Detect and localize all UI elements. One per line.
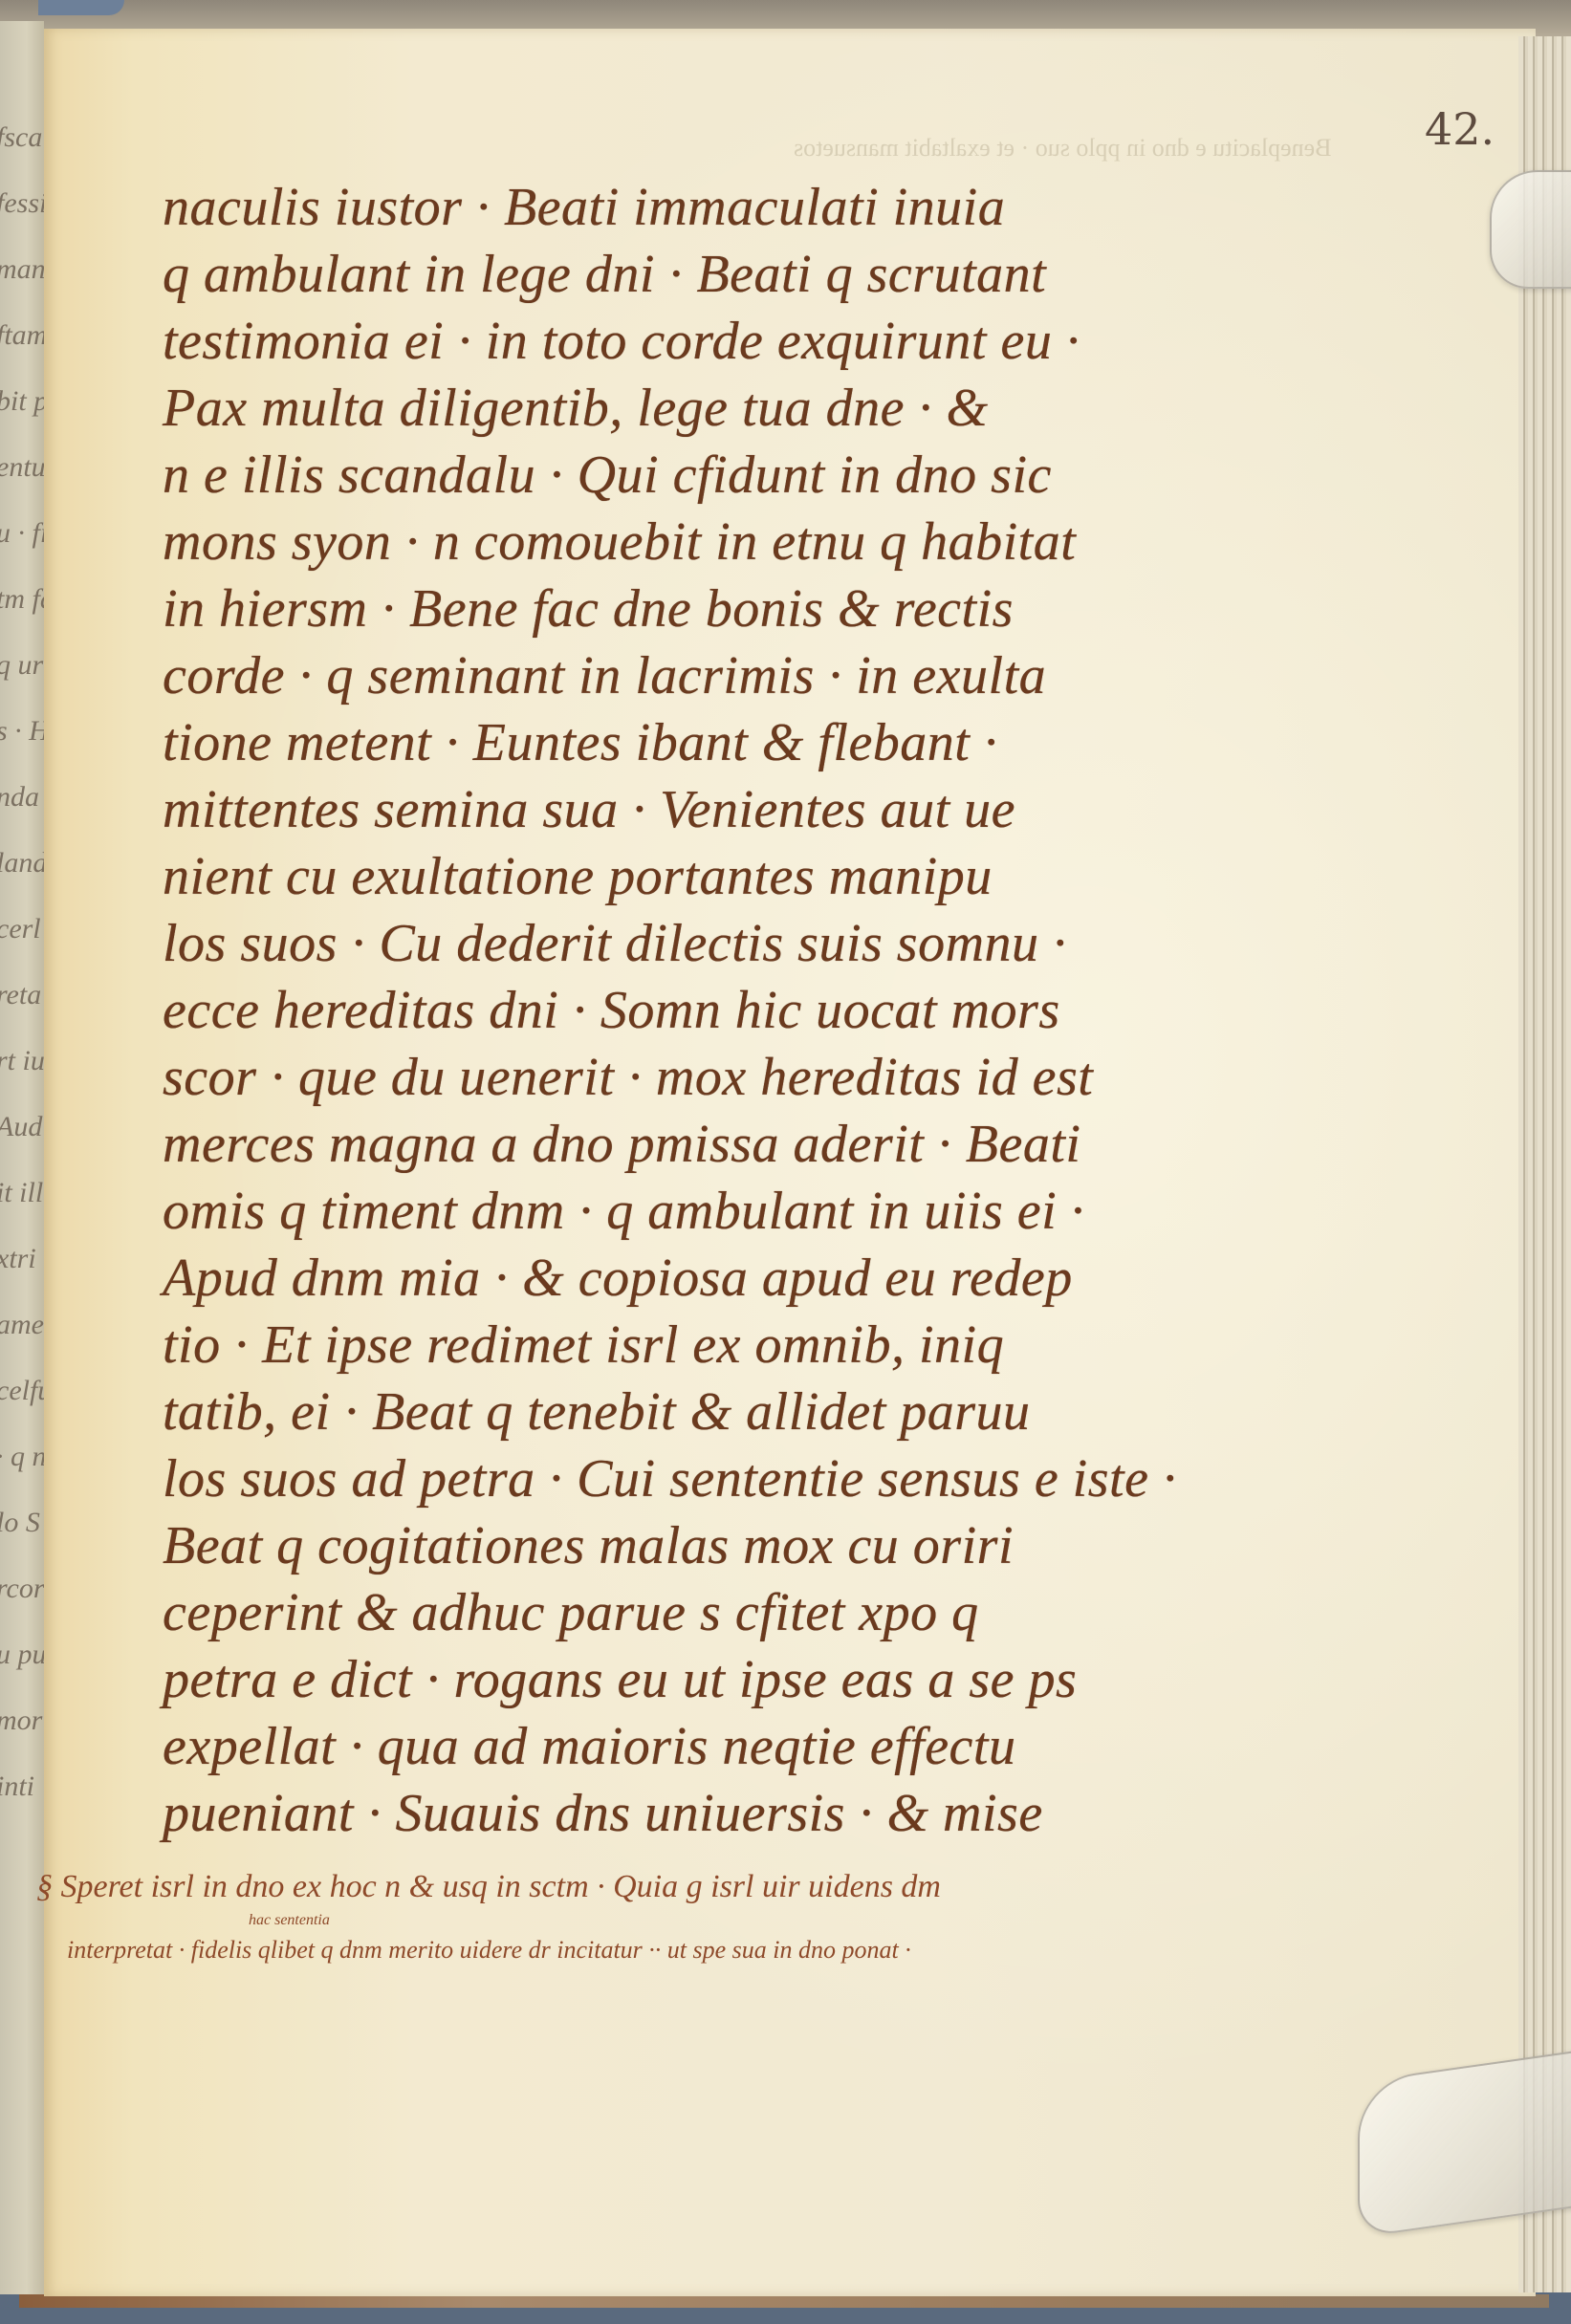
text-line: mons syon · n comouebit in etnu q habita… xyxy=(163,511,1076,573)
facing-page-fragment: xtri xyxy=(0,1243,44,1275)
text-line: expellat · qua ad maioris neqtie effectu xyxy=(163,1716,1015,1777)
facing-page-fragment: tm fa xyxy=(0,583,44,616)
facing-page-fragment: fessio xyxy=(0,187,44,220)
facing-page-fragment: bit pp xyxy=(0,385,44,418)
page-fore-edge xyxy=(1518,36,1571,2292)
text-line: testimonia ei · in toto corde exquirunt … xyxy=(163,311,1080,372)
text-line: in hiersm · Bene fac dne bonis & rectis xyxy=(163,578,1014,640)
text-line: naculis iustor · Beati immaculati inuia xyxy=(163,177,1005,238)
facing-page-fragment: u · fid xyxy=(0,517,44,550)
facing-page-edge: fscafessiomanuftamibit ppentuu · fidtm f… xyxy=(0,21,44,2294)
text-line: n e illis scandalu · Qui cfidunt in dno … xyxy=(163,445,1052,506)
text-line: los suos · Cu dederit dilectis suis somn… xyxy=(163,913,1067,974)
text-line: merces magna a dno pmissa aderit · Beati xyxy=(163,1114,1081,1175)
facing-page-fragment: reta xyxy=(0,979,44,1011)
text-line: scor · que du uenerit · mox hereditas id… xyxy=(163,1047,1093,1108)
facing-page-fragment: Audi xyxy=(0,1111,44,1143)
text-line: tio · Et ipse redimet isrl ex omnib, ini… xyxy=(163,1314,1004,1376)
text-line: nient cu exultatione portantes manipu xyxy=(163,846,993,907)
facing-page-fragment: · q ni xyxy=(0,1441,44,1473)
facing-page-fragment: fsca xyxy=(0,121,44,154)
facing-page-fragment: cerl xyxy=(0,913,44,945)
facing-page-fragment: inti xyxy=(0,1770,44,1803)
text-line: petra e dict · rogans eu ut ipse eas a s… xyxy=(163,1649,1077,1710)
facing-page-fragment: ame xyxy=(0,1309,44,1341)
facing-page-fragment: it illu xyxy=(0,1177,44,1209)
showthrough-text: Beneplacitu e dno in pplo suo · et exalt… xyxy=(794,134,1331,163)
facing-page-fragment: celfu xyxy=(0,1375,44,1407)
text-line: ceperint & adhuc parue s cfitet xpo q xyxy=(163,1582,979,1643)
text-line: corde · q seminant in lacrimis · in exul… xyxy=(163,645,1046,706)
facing-page-fragment: rcort xyxy=(0,1573,44,1605)
text-line: q ambulant in lege dni · Beati q scrutan… xyxy=(163,244,1046,305)
book-bottom-edge xyxy=(19,2294,1549,2308)
facing-page-fragment: mor xyxy=(0,1705,44,1737)
text-line: Pax multa diligentib, lege tua dne · & xyxy=(163,378,989,439)
interlinear-gloss: hac sententia xyxy=(249,1912,330,1929)
text-line: tione metent · Euntes ibant & flebant · xyxy=(163,712,997,773)
facing-page-fragment: nda xyxy=(0,781,44,814)
facing-page-fragment: q ur xyxy=(0,649,44,682)
text-line: omis q timent dnm · q ambulant in uiis e… xyxy=(163,1181,1084,1242)
facing-page-fragment: s · He xyxy=(0,715,44,748)
text-line: ecce hereditas dni · Somn hic uocat mors xyxy=(163,980,1060,1041)
facing-page-fragment: entu xyxy=(0,451,44,484)
background-patch xyxy=(38,0,124,15)
page-clip-top xyxy=(1490,170,1571,289)
text-line: Beat q cogitationes malas mox cu oriri xyxy=(163,1515,1014,1576)
text-line: los suos ad petra · Cui sententie sensus… xyxy=(163,1448,1176,1510)
facing-page-fragment: lo S xyxy=(0,1507,44,1539)
text-line: mittentes semina sua · Venientes aut ue xyxy=(163,779,1015,840)
text-line: Apud dnm mia · & copiosa apud eu redep xyxy=(163,1248,1073,1309)
facing-page-fragment: u pu xyxy=(0,1639,44,1671)
gloss-line: § Speret isrl in dno ex hoc n & usq in s… xyxy=(36,1869,941,1905)
text-line: tatib, ei · Beat q tenebit & allidet par… xyxy=(163,1381,1031,1443)
facing-page-fragment: ftami xyxy=(0,319,44,352)
facing-page-fragment: manu xyxy=(0,253,44,286)
text-line: pueniant · Suauis dns uniuersis · & mise xyxy=(163,1783,1043,1844)
gloss-line: interpretat · fidelis qlibet q dnm merit… xyxy=(67,1936,911,1965)
facing-page-fragment: landa xyxy=(0,847,44,880)
folio-number: 42. xyxy=(1425,103,1495,155)
facing-page-fragment: rt iuf xyxy=(0,1045,44,1077)
